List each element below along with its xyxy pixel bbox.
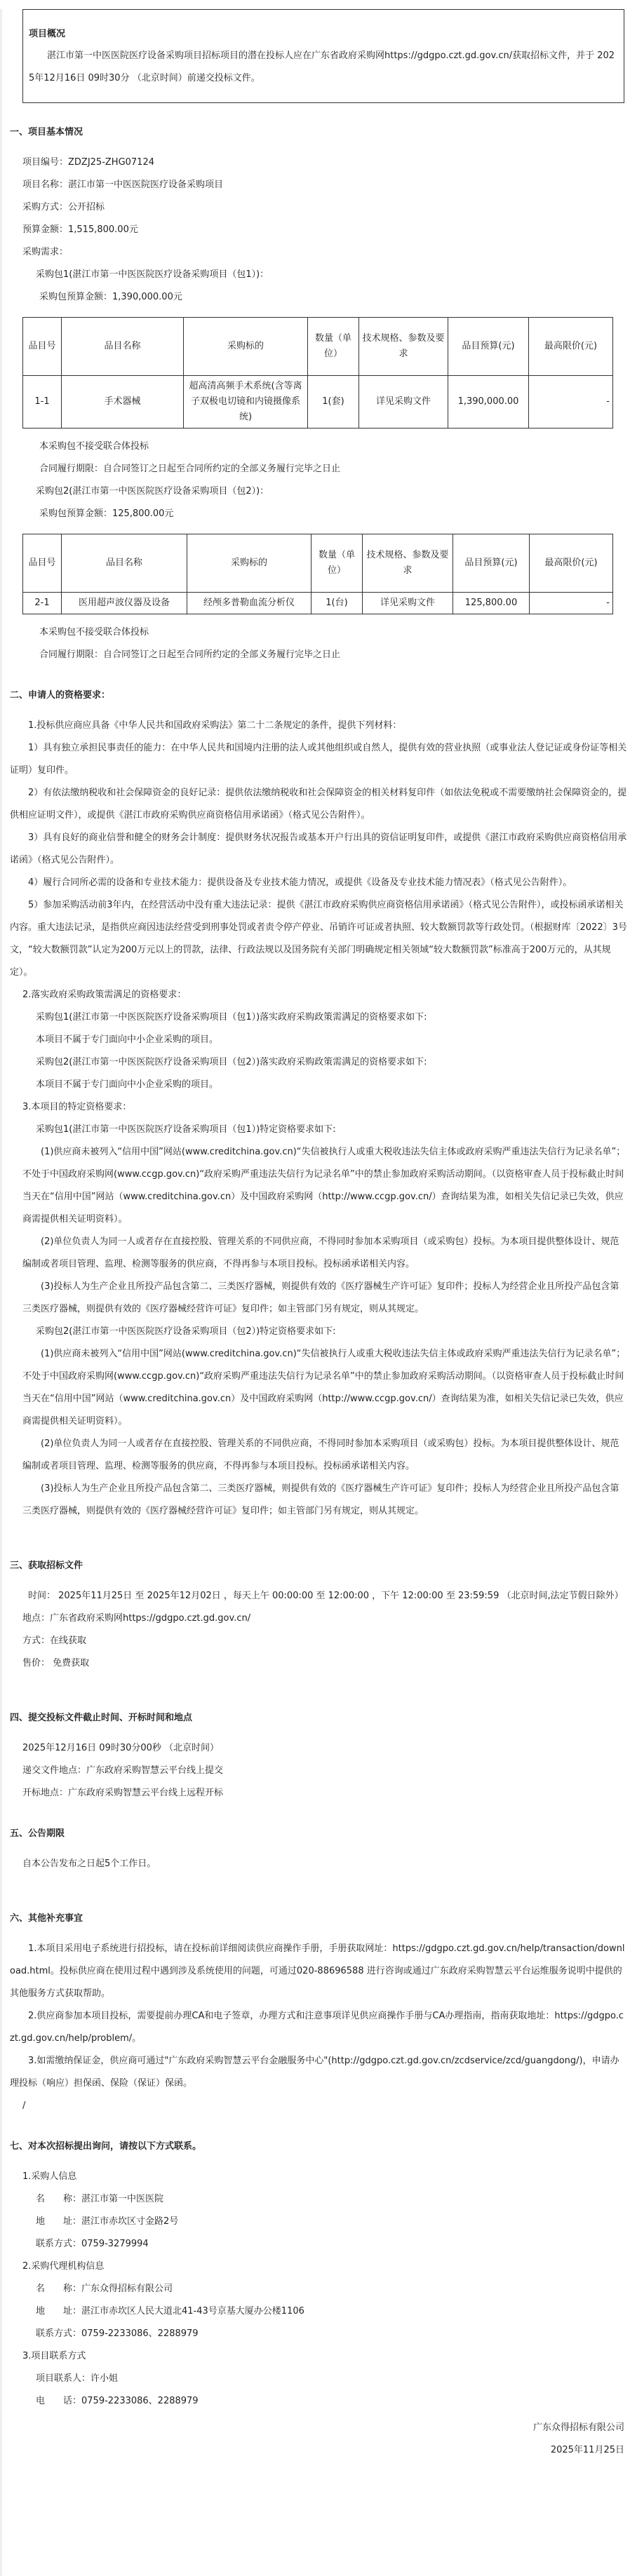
section-title: 一、项目基本情况 (10, 124, 627, 137)
section-title: 五、公告期限 (10, 1826, 627, 1839)
package-2-title: 采购包2(湛江市第一中医医院医疗设备采购项目（包2）)： (10, 480, 627, 503)
section-contacts: 七、对本次招标提出询问，请按以下方式联系。 1.采购人信息 名 称：湛江市第一中… (10, 2138, 627, 2413)
policy-requirements-heading: 2.落实政府采购政策需满足的资格要求： (10, 984, 627, 1006)
section-obtain-documents: 三、获取招标文件 时间： 2025年11月25日 至 2025年12月02日 ，… (10, 1558, 627, 1675)
cell-quantity: 1(套) (308, 376, 359, 429)
col-quantity: 数量（单位） (308, 318, 359, 376)
cell-item-name: 手术器械 (62, 376, 184, 429)
cell-max-price: - (530, 593, 613, 614)
qualification-item: 3）具有良好的商业信誉和健全的财务会计制度：提供财务状况报告或基本开户行出具的资… (10, 827, 627, 872)
cell-item-budget: 1,390,000.00 (448, 376, 529, 429)
obtain-price: 售价： 免费获取 (10, 1652, 627, 1675)
specific-requirement-item: (3)投标人为生产企业且所投产品包含第二、三类医疗器械，则提供有效的《医疗器械生… (10, 1276, 627, 1321)
summary-text: 湛江市第一中医医院医疗设备采购项目招标项目的潜在投标人应在广东省政府采购网htt… (29, 45, 618, 90)
col-subject: 采购标的 (184, 318, 308, 376)
obtain-time: 时间： 2025年11月25日 至 2025年12月02日 ，每天上午 00:0… (10, 1585, 627, 1607)
budget-amount: 预算金额：1,515,800.00元 (10, 219, 627, 241)
package-2-consortium: 本采购包不接受联合体投标 (10, 621, 627, 644)
section-title: 六、其他补充事宜 (10, 1910, 627, 1924)
qualification-item: 2）有依法缴纳税收和社会保障资金的良好记录：提供依法缴纳税收和社会保障资金的相关… (10, 782, 627, 827)
col-max-price: 最高限价(元) (530, 534, 613, 593)
procurement-method: 采购方式：公开招标 (10, 196, 627, 219)
cell-subject: 超高清高频手术系统(含等离子双极电切镜和内镜摄像系统) (184, 376, 308, 429)
col-item-budget: 品目预算(元) (453, 534, 530, 593)
obtain-way: 方式：在线获取 (10, 1630, 627, 1652)
cell-spec: 详见采购文件 (359, 376, 448, 429)
project-number: 项目编号：ZDZJ25-ZHG07124 (10, 151, 627, 174)
project-name: 项目名称：湛江市第一中医医院医疗设备采购项目 (10, 174, 627, 196)
section-title: 三、获取招标文件 (10, 1558, 627, 1571)
agency-contact: 联系方式：0759-2233086、2288979 (10, 2323, 627, 2345)
section-basic-info: 一、项目基本情况 项目编号：ZDZJ25-ZHG07124 项目名称：湛江市第一… (10, 124, 627, 666)
cell-item-no: 2-1 (23, 593, 62, 614)
agency-address: 地 址：湛江市赤坎区人民大道北41-43号京基大厦办公楼1106 (10, 2300, 627, 2323)
qualification-item: 4）履行合同所必需的设备和专业技术能力：提供设备及专业技术能力情况，或提供《设备… (10, 872, 627, 894)
specific-requirement-item: (3)投标人为生产企业且所投产品包含第二、三类医疗器械，则提供有效的《医疗器械生… (10, 1478, 627, 1523)
col-item-name: 品目名称 (62, 318, 184, 376)
table-row: 2-1 医用超声波仪器及设备 经颅多普勒血流分析仪 1(台) 详见采购文件 12… (23, 593, 613, 614)
submission-place: 递交文件地点：广东政府采购智慧云平台线上提交 (10, 1760, 627, 1782)
other-matter-item: 1.本项目采用电子系统进行招投标，请在投标前详细阅读供应商操作手册，手册获取网址… (10, 1938, 627, 2005)
section-title: 七、对本次招标提出询问，请按以下方式联系。 (10, 2138, 627, 2152)
specific-requirement-item: (2)单位负责人为同一人或者存在直接控股、管理关系的不同供应商，不得同时参加本采… (10, 1231, 627, 1276)
project-contact-phone: 电 话：0759-2233086、2288979 (10, 2390, 627, 2413)
agency-heading: 2.采购代理机构信息 (10, 2255, 627, 2278)
other-matter-slash: / (10, 2095, 627, 2117)
project-summary-box: 项目概况 湛江市第一中医医院医疗设备采购项目招标项目的潜在投标人应在广东省政府采… (22, 9, 624, 103)
cell-item-name: 医用超声波仪器及设备 (62, 593, 187, 614)
specific-requirement-item: (1)供应商未被列入“信用中国”网站(www.creditchina.gov.c… (10, 1141, 627, 1231)
specific-requirement-item: (1)供应商未被列入“信用中国”网站(www.creditchina.gov.c… (10, 1343, 627, 1433)
qualification-general: 1.投标供应商应具备《中华人民共和国政府采购法》第二十二条规定的条件，提供下列材… (10, 715, 627, 737)
purchaser-address: 地 址：湛江市赤坎区寸金路2号 (10, 2211, 627, 2233)
opening-place: 开标地点：广东政府采购智慧云平台线上远程开标 (10, 1782, 627, 1805)
notice-period-text: 自本公告发布之日起5个工作日。 (10, 1853, 627, 1875)
purchaser-heading: 1.采购人信息 (10, 2166, 627, 2188)
section-title: 二、申请人的资格要求： (10, 687, 627, 701)
col-subject: 采购标的 (187, 534, 311, 593)
policy-package-2: 采购包2(湛江市第一中医医院医疗设备采购项目（包2）)落实政府采购政策需满足的资… (10, 1051, 627, 1074)
project-contact-heading: 3.项目联系方式 (10, 2345, 627, 2368)
demand-label: 采购需求： (10, 241, 627, 264)
specific-requirements-heading: 3.本项目的特定资格要求： (10, 1096, 627, 1119)
table-row: 1-1 手术器械 超高清高频手术系统(含等离子双极电切镜和内镜摄像系统) 1(套… (23, 376, 613, 429)
package-1-items-table: 品目号 品目名称 采购标的 数量（单位） 技术规格、参数及要求 品目预算(元) … (22, 317, 613, 429)
specific-package-1: 采购包1(湛江市第一中医医院医疗设备采购项目（包1）)特定资格要求如下: (10, 1119, 627, 1141)
signature-company: 广东众得招标有限公司 (10, 2417, 627, 2439)
cell-spec: 详见采购文件 (363, 593, 453, 614)
specific-package-2: 采购包2(湛江市第一中医医院医疗设备采购项目（包2）)特定资格要求如下: (10, 1321, 627, 1343)
package-1-consortium: 本采购包不接受联合体投标 (10, 436, 627, 458)
col-item-no: 品目号 (23, 534, 62, 593)
cell-quantity: 1(台) (311, 593, 363, 614)
section-notice-period: 五、公告期限 自本公告发布之日起5个工作日。 (10, 1826, 627, 1875)
signature-block: 广东众得招标有限公司 2025年11月25日 (10, 2417, 627, 2462)
cell-item-budget: 125,800.00 (453, 593, 530, 614)
purchaser-contact: 联系方式：0759-3279994 (10, 2233, 627, 2255)
package-2-budget: 采购包预算金额：125,800.00元 (10, 503, 627, 525)
summary-title: 项目概况 (29, 24, 618, 45)
table-header-row: 品目号 品目名称 采购标的 数量（单位） 技术规格、参数及要求 品目预算(元) … (23, 534, 613, 593)
policy-package-2-text: 本项目不属于专门面向中小企业采购的项目。 (10, 1074, 627, 1096)
col-quantity: 数量（单位） (311, 534, 363, 593)
col-item-no: 品目号 (23, 318, 62, 376)
col-item-name: 品目名称 (62, 534, 187, 593)
section-title: 四、提交投标文件截止时间、开标时间和地点 (10, 1710, 627, 1723)
policy-package-1: 采购包1(湛江市第一中医医院医疗设备采购项目（包1）)落实政府采购政策需满足的资… (10, 1006, 627, 1029)
signature-date: 2025年11月25日 (10, 2439, 627, 2462)
submission-deadline: 2025年12月16日 09时30分00秒 （北京时间） (10, 1737, 627, 1760)
qualification-item: 1）具有独立承担民事责任的能力：在中华人民共和国境内注册的法人或其他组织或自然人… (10, 737, 627, 782)
other-matter-item: 3.如需缴纳保证金，供应商可通过"广东政府采购智慧云平台金融服务中心"(http… (10, 2050, 627, 2095)
package-2-period: 合同履行期限：自合同签订之日起至合同所约定的全部义务履行完毕之日止 (10, 644, 627, 666)
col-spec: 技术规格、参数及要求 (359, 318, 448, 376)
obtain-place: 地点：广东省政府采购网https://gdgpo.czt.gd.gov.cn/ (10, 1607, 627, 1630)
section-deadline: 四、提交投标文件截止时间、开标时间和地点 2025年12月16日 09时30分0… (10, 1710, 627, 1805)
policy-package-1-text: 本项目不属于专门面向中小企业采购的项目。 (10, 1029, 627, 1051)
section-qualifications: 二、申请人的资格要求： 1.投标供应商应具备《中华人民共和国政府采购法》第二十二… (10, 687, 627, 1523)
other-matter-item: 2.供应商参加本项目投标，需要提前办理CA和电子签章，办理方式和注意事项详见供应… (10, 2005, 627, 2050)
cell-item-no: 1-1 (23, 376, 62, 429)
cell-max-price: - (529, 376, 613, 429)
section-other-matters: 六、其他补充事宜 1.本项目采用电子系统进行招投标，请在投标前详细阅读供应商操作… (10, 1910, 627, 2117)
specific-requirement-item: (2)单位负责人为同一人或者存在直接控股、管理关系的不同供应商，不得同时参加本采… (10, 1433, 627, 1478)
col-item-budget: 品目预算(元) (448, 318, 529, 376)
project-contact-person: 项目联系人：许小姐 (10, 2368, 627, 2390)
package-1-title: 采购包1(湛江市第一中医医院医疗设备采购项目（包1）)： (10, 264, 627, 286)
package-1-budget: 采购包预算金额：1,390,000.00元 (10, 286, 627, 309)
announcement-page: 项目概况 湛江市第一中医医院医疗设备采购项目招标项目的潜在投标人应在广东省政府采… (0, 9, 630, 2462)
purchaser-name: 名 称：湛江市第一中医医院 (10, 2188, 627, 2211)
cell-subject: 经颅多普勒血流分析仪 (187, 593, 311, 614)
qualification-item: 5）参加采购活动前3年内，在经营活动中没有重大违法记录：提供《湛江市政府采购供应… (10, 894, 627, 984)
package-2-items-table: 品目号 品目名称 采购标的 数量（单位） 技术规格、参数及要求 品目预算(元) … (22, 534, 613, 614)
col-spec: 技术规格、参数及要求 (363, 534, 453, 593)
table-header-row: 品目号 品目名称 采购标的 数量（单位） 技术规格、参数及要求 品目预算(元) … (23, 318, 613, 376)
col-max-price: 最高限价(元) (529, 318, 613, 376)
package-1-period: 合同履行期限：自合同签订之日起至合同所约定的全部义务履行完毕之日止 (10, 458, 627, 480)
agency-name: 名 称：广东众得招标有限公司 (10, 2278, 627, 2300)
